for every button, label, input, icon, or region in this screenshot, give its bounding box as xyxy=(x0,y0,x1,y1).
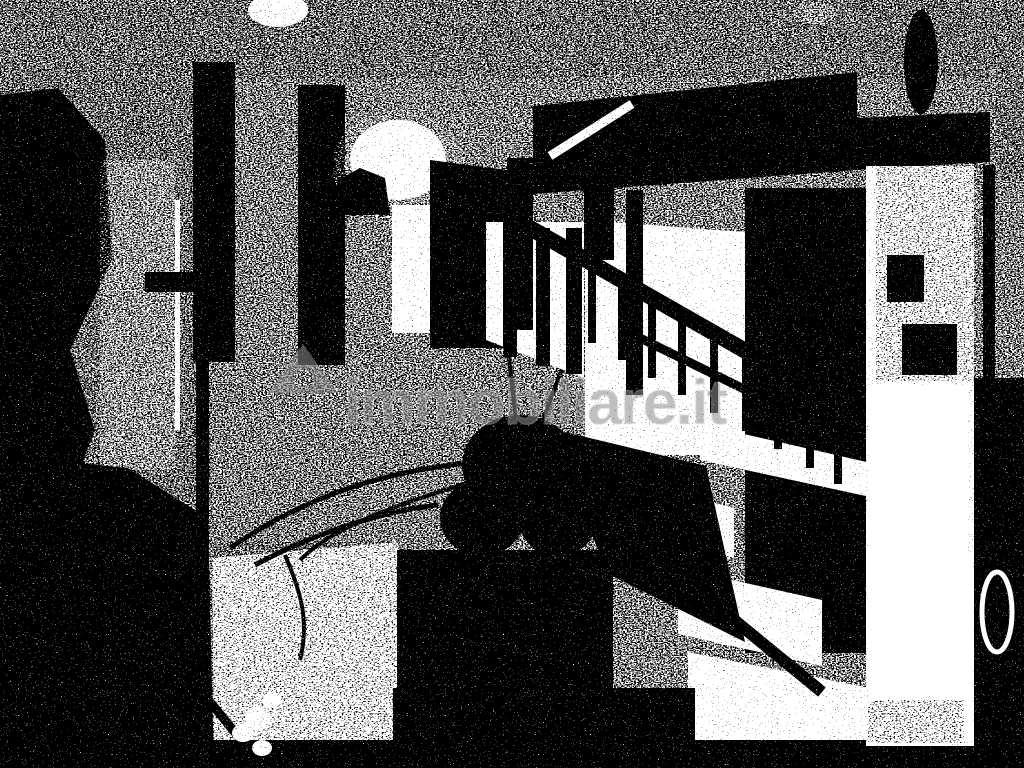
pillar-base-dither xyxy=(868,700,968,743)
white-pillar xyxy=(868,385,968,743)
watermark-text: immobiliare.it xyxy=(344,368,728,438)
dithered-photo-canvas: immobiliare.it xyxy=(0,0,1024,768)
listing-photo: immobiliare.it xyxy=(0,0,1024,768)
door-edge-highlight xyxy=(964,553,973,741)
